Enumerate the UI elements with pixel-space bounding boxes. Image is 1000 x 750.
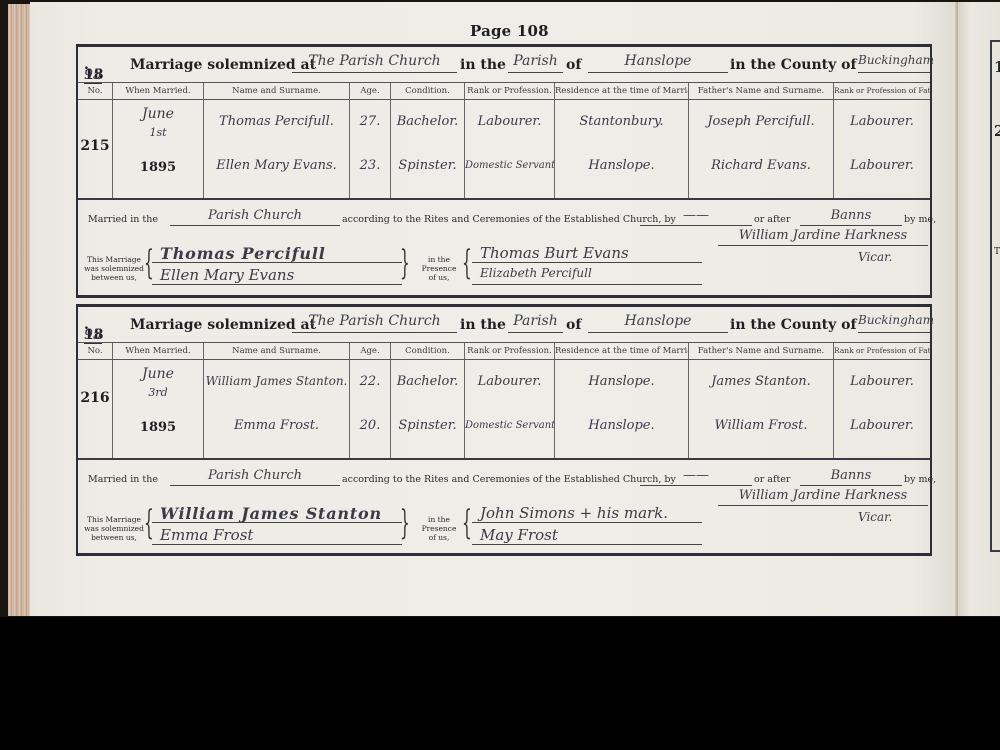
witness-1-signature: Thomas Burt Evans: [472, 244, 702, 263]
by-field: ——: [640, 208, 752, 226]
bride-rank: Domestic Servant.: [465, 160, 554, 171]
district-field: Hanslope: [588, 53, 728, 73]
or-after-field: Banns: [800, 208, 902, 226]
cell-when-married: June 3rd 1895: [113, 360, 204, 458]
label-solemnized-between: This Marriage was solemnized between us,: [82, 515, 146, 542]
bride-father: Richard Evans.: [689, 158, 833, 173]
cell-condition: Bachelor. Spinster.: [391, 360, 465, 458]
groom-father-rank: Labourer.: [834, 114, 930, 129]
cell-condition: Bachelor. Spinster.: [391, 100, 465, 198]
col-head-father-rank: Rank or Profession of Father.: [834, 83, 930, 100]
col-head-rank: Rank or Profession.: [465, 343, 555, 360]
cell-father-rank: Labourer. Labourer.: [834, 100, 930, 198]
bride-father-rank: Labourer.: [834, 158, 930, 173]
label-in-presence: in the Presence of us,: [418, 255, 460, 282]
groom-condition: Bachelor.: [391, 114, 464, 129]
bride-condition: Spinster.: [391, 158, 464, 173]
date-day: 1st: [113, 126, 203, 139]
cell-residence: Stantonbury. Hanslope.: [555, 100, 689, 198]
label-according: according to the Rites and Ceremonies of…: [342, 214, 676, 225]
county-field: Buckingham: [858, 313, 930, 333]
col-head-residence: Residence at the time of Marriage.: [555, 83, 689, 100]
bride-father-rank: Labourer.: [834, 418, 930, 433]
date-month: June: [113, 366, 203, 382]
or-after-field: Banns: [800, 468, 902, 486]
bride-name: Ellen Mary Evans.: [204, 158, 349, 173]
col-head-condition: Condition.: [391, 343, 465, 360]
label-solemnized-at: Marriage solemnized at: [130, 57, 316, 73]
brace-icon: {: [462, 506, 472, 540]
label-married-in: Married in the: [88, 474, 158, 485]
entry-title-row: 1895. Marriage solemnized at The Parish …: [78, 307, 930, 343]
label-county: in the County of: [730, 317, 856, 333]
cell-number: 216: [78, 360, 113, 458]
cell-rank: Labourer. Domestic Servant.: [465, 100, 555, 198]
col-head-condition: Condition.: [391, 83, 465, 100]
bride-father: William Frost.: [689, 418, 833, 433]
groom-condition: Bachelor.: [391, 374, 464, 389]
district-type-field: Parish: [508, 313, 563, 333]
label-in-the: in the: [460, 57, 506, 73]
witness-2-signature: May Frost: [472, 526, 702, 545]
background-black: [0, 617, 1000, 750]
groom-signature: William James Stanton: [152, 504, 402, 523]
bride-residence: Hanslope.: [555, 158, 688, 173]
col-head-age: Age.: [350, 83, 391, 100]
bride-signature: Ellen Mary Evans: [152, 266, 402, 285]
groom-rank: Labourer.: [465, 374, 554, 389]
place-field: The Parish Church: [292, 313, 457, 333]
married-in-field: Parish Church: [170, 208, 340, 226]
bride-condition: Spinster.: [391, 418, 464, 433]
cell-father: James Stanton. William Frost.: [689, 360, 834, 458]
col-head-when: When Married.: [113, 343, 204, 360]
cell-names: Thomas Percifull. Ellen Mary Evans.: [204, 100, 350, 198]
year: 1895.: [84, 317, 89, 333]
bride-residence: Hanslope.: [555, 418, 688, 433]
bride-name: Emma Frost.: [204, 418, 349, 433]
groom-father: James Stanton.: [689, 374, 833, 389]
label-of: of: [566, 317, 581, 333]
date-day: 3rd: [113, 386, 203, 399]
bride-age: 20.: [350, 418, 390, 433]
year-suffix: 95: [84, 67, 102, 84]
witness-2-signature: Elizabeth Percifull: [472, 266, 702, 285]
cell-father: Joseph Percifull. Richard Evans.: [689, 100, 834, 198]
groom-father-rank: Labourer.: [834, 374, 930, 389]
entry-number: 216: [78, 390, 112, 406]
cell-ages: 27. 23.: [350, 100, 391, 198]
bride-signature: Emma Frost: [152, 526, 402, 545]
facing-page-fragment: 2: [994, 122, 1000, 140]
label-county: in the County of: [730, 57, 856, 73]
entry-number: 215: [78, 138, 112, 154]
label-in-the: in the: [460, 317, 506, 333]
col-head-age: Age.: [350, 343, 391, 360]
rites-section: Married in the Parish Church according t…: [78, 458, 930, 561]
groom-age: 27.: [350, 114, 390, 129]
witness-1-signature: John Simons + his mark.: [472, 504, 702, 523]
date-year: 1895: [113, 420, 203, 435]
page-number: Page 108: [470, 22, 549, 40]
marriage-entry: 1895. Marriage solemnized at The Parish …: [76, 304, 932, 556]
officiant-title: Vicar.: [858, 250, 892, 264]
groom-residence: Hanslope.: [555, 374, 688, 389]
label-in-presence: in the Presence of us,: [418, 515, 460, 542]
groom-father: Joseph Percifull.: [689, 114, 833, 129]
col-head-father: Father's Name and Surname.: [689, 343, 834, 360]
entry-title-row: 1895. Marriage solemnized at The Parish …: [78, 47, 930, 83]
date-year: 1895: [113, 160, 203, 175]
groom-rank: Labourer.: [465, 114, 554, 129]
label-solemnized-between: This Marriage was solemnized between us,: [82, 255, 146, 282]
col-head-rank: Rank or Profession.: [465, 83, 555, 100]
cell-when-married: June 1st 1895: [113, 100, 204, 198]
cell-residence: Hanslope. Hanslope.: [555, 360, 689, 458]
col-head-no: No.: [78, 343, 113, 360]
brace-icon: {: [462, 246, 472, 280]
officiant-signature: William Jardine Harkness: [718, 228, 928, 246]
label-by-me: by me,: [904, 474, 936, 485]
bride-rank: Domestic Servant.: [465, 420, 554, 431]
label-or-after: or after: [754, 474, 790, 485]
groom-age: 22.: [350, 374, 390, 389]
district-type-field: Parish: [508, 53, 563, 73]
label-or-after: or after: [754, 214, 790, 225]
cell-names: William James Stanton. Emma Frost.: [204, 360, 350, 458]
cell-ages: 22. 20.: [350, 360, 391, 458]
county-field: Buckingham: [858, 53, 930, 73]
rites-section: Married in the Parish Church according t…: [78, 198, 930, 301]
label-solemnized-at: Marriage solemnized at: [130, 317, 316, 333]
bride-age: 23.: [350, 158, 390, 173]
officiant-signature: William Jardine Harkness: [718, 488, 928, 506]
col-head-father: Father's Name and Surname.: [689, 83, 834, 100]
groom-name: William James Stanton.: [204, 374, 349, 388]
married-in-field: Parish Church: [170, 468, 340, 486]
col-head-no: No.: [78, 83, 113, 100]
col-head-residence: Residence at the time of Marriage.: [555, 343, 689, 360]
col-head-father-rank: Rank or Profession of Father.: [834, 343, 930, 360]
label-according: according to the Rites and Ceremonies of…: [342, 474, 676, 485]
brace-icon: }: [400, 246, 410, 280]
by-field: ——: [640, 468, 752, 486]
year-suffix: 95: [84, 327, 102, 344]
label-married-in: Married in the: [88, 214, 158, 225]
date-month: June: [113, 106, 203, 122]
place-field: The Parish Church: [292, 53, 457, 73]
brace-icon: }: [400, 506, 410, 540]
facing-page-fragment: 1: [994, 58, 1000, 76]
year: 1895.: [84, 57, 89, 73]
marriage-entry: 1895. Marriage solemnized at The Parish …: [76, 44, 932, 298]
groom-signature: Thomas Percifull: [152, 244, 402, 263]
groom-residence: Stantonbury.: [555, 114, 688, 129]
groom-name: Thomas Percifull.: [204, 114, 349, 129]
cell-rank: Labourer. Domestic Servant.: [465, 360, 555, 458]
col-head-when: When Married.: [113, 83, 204, 100]
facing-page-fragment: T: [994, 247, 1000, 257]
officiant-title: Vicar.: [858, 510, 892, 524]
cell-father-rank: Labourer. Labourer.: [834, 360, 930, 458]
col-head-name: Name and Surname.: [204, 343, 350, 360]
district-field: Hanslope: [588, 313, 728, 333]
cell-number: 215: [78, 100, 113, 198]
label-of: of: [566, 57, 581, 73]
facing-page-frame: [990, 40, 1000, 552]
facing-page-edge: 1 2 T: [958, 2, 1000, 616]
label-by-me: by me,: [904, 214, 936, 225]
col-head-name: Name and Surname.: [204, 83, 350, 100]
